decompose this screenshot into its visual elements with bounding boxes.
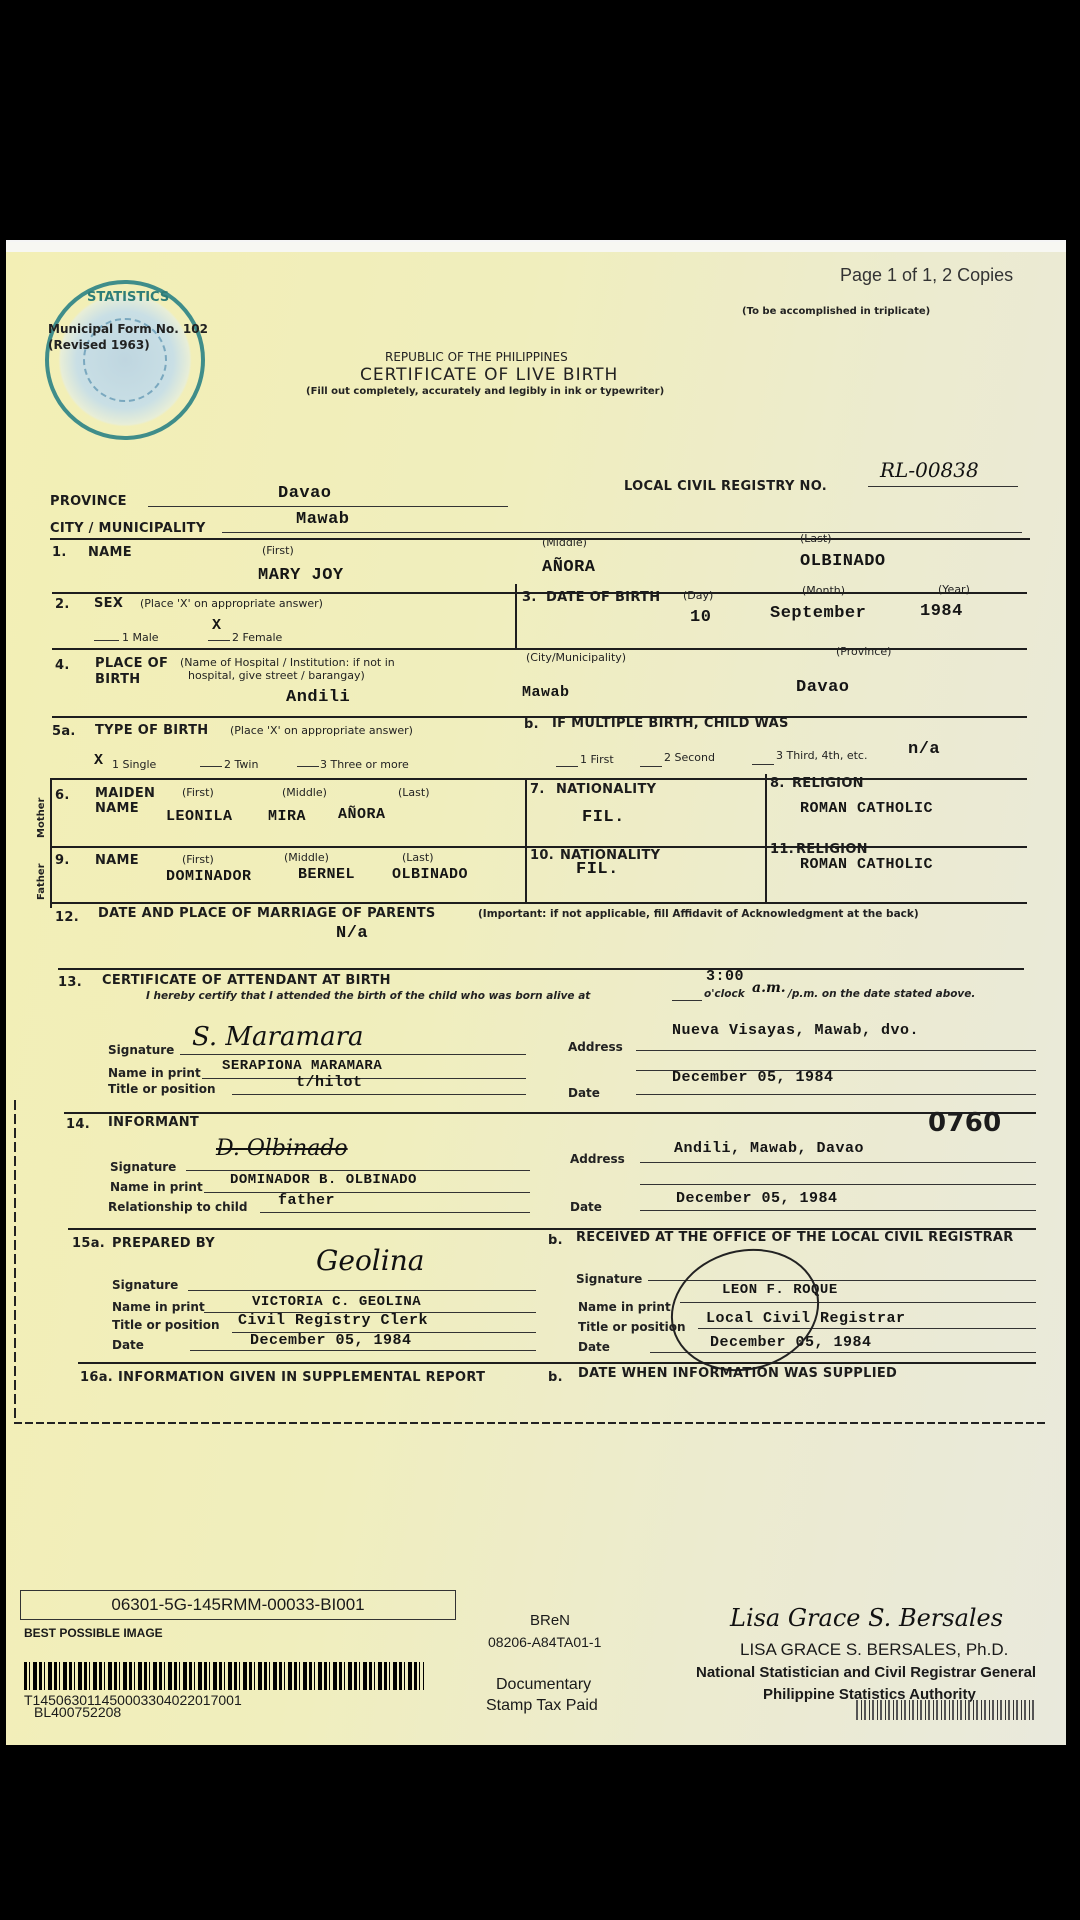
attendant-label: CERTIFICATE OF ATTENDANT AT BIRTH: [102, 973, 391, 988]
mother-nationality: FIL.: [582, 808, 625, 827]
mother-middle-name: MIRA: [268, 808, 306, 825]
pob-city-label: (City/Municipality): [526, 651, 626, 664]
city-label: CITY / MUNICIPALITY: [50, 521, 206, 536]
three-blank[interactable]: [297, 766, 319, 767]
bren-number: 08206-A84TA01-1: [488, 1634, 601, 1650]
bren-label: BReN: [530, 1612, 570, 1629]
attendant-date: December 05, 1984: [672, 1069, 834, 1086]
lcr-number: RL-00838: [880, 458, 979, 482]
attendant-name: SERAPIONA MARAMARA: [222, 1058, 382, 1074]
psa-seal-icon: STATISTICS: [45, 280, 205, 440]
mother-first-label: (First): [182, 786, 214, 799]
time-blank: [672, 1000, 702, 1001]
supplemental-label: INFORMATION GIVEN IN SUPPLEMENTAL REPORT: [118, 1370, 485, 1385]
sex-female-mark: X: [212, 617, 222, 634]
supplemental-date-label: DATE WHEN INFORMATION WAS SUPPLIED: [578, 1366, 897, 1381]
received-date-label: Date: [578, 1340, 610, 1354]
father-middle-label: (Middle): [284, 851, 329, 864]
multiple-third-blank[interactable]: [752, 764, 774, 765]
informant-name-label: Name in print: [110, 1180, 203, 1194]
column-divider: [525, 778, 527, 902]
pob-place: Andili: [286, 688, 350, 707]
left-border: [14, 1100, 16, 1422]
multiple-label: IF MULTIPLE BIRTH, CHILD WAS: [552, 716, 789, 731]
prepared-number: 15a.: [72, 1236, 105, 1251]
informant-date-label: Date: [570, 1200, 602, 1214]
province-underline: [148, 506, 508, 507]
page-info: Page 1 of 1, 2 Copies: [840, 265, 1013, 286]
attendant-name-label: Name in print: [108, 1066, 201, 1080]
type-instructions: (Place 'X' on appropriate answer): [230, 724, 413, 737]
type-twin: 2 Twin: [224, 758, 258, 771]
ampm-mark: a.m.: [752, 980, 786, 996]
multiple-first: 1 First: [580, 753, 614, 766]
prepared-date-label: Date: [112, 1338, 144, 1352]
name-label: NAME: [88, 545, 132, 560]
province-value: Davao: [278, 484, 332, 503]
mother-religion-label: RELIGION: [792, 776, 864, 791]
middle-name-label: (Middle): [542, 536, 587, 549]
divider: [52, 902, 1027, 904]
father-label: NAME: [95, 853, 139, 868]
attendant-number: 13.: [58, 975, 82, 990]
mother-religion-number: 8.: [770, 776, 785, 791]
sex-option-female: 2 Female: [232, 631, 282, 644]
mother-label-1: MAIDEN: [95, 786, 155, 801]
marriage-instructions: (Important: if not applicable, fill Affi…: [478, 908, 919, 920]
father-last-name: OLBINADO: [392, 866, 468, 883]
signatory-title: National Statistician and Civil Registra…: [696, 1664, 1036, 1681]
multiple-second-blank[interactable]: [640, 766, 662, 767]
type-single: 1 Single: [112, 758, 156, 771]
attendant-title-line: [232, 1094, 526, 1095]
control-number-box: 06301-5G-145RMM-00033-BI001: [20, 1590, 456, 1620]
informant-relationship-line: [260, 1212, 530, 1213]
day-label: (Day): [683, 589, 713, 602]
multiple-first-blank[interactable]: [556, 766, 578, 767]
attendant-address-label: Address: [568, 1040, 623, 1054]
father-religion: ROMAN CATHOLIC: [800, 856, 933, 873]
divider: [52, 778, 1027, 780]
father-nationality: FIL.: [576, 860, 619, 879]
divider: [58, 968, 1024, 970]
multiple-third: 3 Third, 4th, etc.: [776, 749, 867, 762]
father-side-label: Father: [36, 863, 47, 900]
father-last-label: (Last): [402, 851, 434, 864]
received-title-label: Title or position: [578, 1320, 686, 1334]
received-label: RECEIVED AT THE OFFICE OF THE LOCAL CIVI…: [576, 1230, 1014, 1245]
triplicate-note: (To be accomplished in triplicate): [742, 306, 930, 317]
form-number: Municipal Form No. 102: [48, 322, 208, 336]
prepared-signature-label: Signature: [112, 1278, 178, 1292]
attendant-title-label: Title or position: [108, 1082, 216, 1096]
attendant-certify-text: I hereby certify that I attended the bir…: [146, 990, 590, 1002]
attendant-address-line: [636, 1050, 1036, 1051]
name-number: 1.: [52, 545, 67, 560]
pob-label-1: PLACE OF: [95, 656, 168, 671]
column-divider: [765, 774, 767, 904]
informant-ref-number: 0760: [928, 1108, 1002, 1138]
signatory-signature: Lisa Grace S. Bersales: [730, 1604, 1003, 1632]
sex-option-male: 1 Male: [122, 631, 159, 644]
month-label: (Month): [802, 584, 845, 597]
informant-address-label: Address: [570, 1152, 625, 1166]
type-number: 5a.: [52, 724, 76, 739]
received-name-label: Name in print: [578, 1300, 671, 1314]
type-three: 3 Three or more: [320, 758, 409, 771]
informant-signature-line[interactable]: [186, 1170, 530, 1171]
informant-relationship-label: Relationship to child: [108, 1200, 247, 1214]
pob-instructions-1: (Name of Hospital / Institution: if not …: [180, 656, 395, 669]
type-single-mark: X: [94, 752, 104, 769]
pob-number: 4.: [55, 658, 70, 673]
prepared-name-label: Name in print: [112, 1300, 205, 1314]
informant-address-line-2: [640, 1184, 1036, 1185]
informant-signature-label: Signature: [110, 1160, 176, 1174]
mother-number: 6.: [55, 788, 70, 803]
dob-day: 10: [690, 608, 711, 627]
form-revised: (Revised 1963): [48, 338, 150, 352]
barcode-icon: [24, 1662, 424, 1690]
mother-first-name: LEONILA: [166, 808, 233, 825]
type-label: TYPE OF BIRTH: [95, 723, 209, 738]
oclock-text: o'clock: [704, 988, 745, 1000]
supplemental-number: 16a.: [80, 1370, 113, 1385]
informant-name: DOMINADOR B. OLBINADO: [230, 1172, 417, 1188]
attendant-address: Nueva Visayas, Mawab, dvo.: [672, 1022, 919, 1039]
multiple-value: n/a: [908, 740, 940, 759]
male-blank[interactable]: [94, 640, 119, 641]
sex-label: SEX: [94, 596, 123, 611]
bottom-border: [14, 1422, 1048, 1424]
attendant-signature: S. Maramara: [192, 1022, 364, 1052]
twin-blank[interactable]: [200, 766, 222, 767]
barcode-subtext: BL400752208: [34, 1704, 121, 1720]
pob-instructions-2: hospital, give street / barangay): [188, 669, 365, 682]
mother-nationality-label: NATIONALITY: [556, 782, 656, 797]
year-label: (Year): [938, 583, 970, 596]
father-nationality-number: 10.: [530, 848, 554, 863]
documentary-stamp-1: Documentary: [496, 1676, 591, 1694]
marriage-value: N/a: [336, 924, 368, 943]
lcr-label: LOCAL CIVIL REGISTRY NO.: [624, 479, 827, 494]
pob-province: Davao: [796, 678, 850, 697]
informant-signature: D. Olbinado: [216, 1136, 348, 1161]
dob-month: September: [770, 604, 866, 623]
multiple-number: b.: [524, 717, 539, 732]
father-religion-number: 11.: [770, 842, 794, 857]
dob-number: 3.: [522, 590, 537, 605]
attendant-signature-line[interactable]: [180, 1054, 526, 1055]
child-middle-name: AÑORA: [542, 558, 596, 577]
informant-label: INFORMANT: [108, 1115, 199, 1130]
father-first-name: DOMINADOR: [166, 868, 252, 885]
informant-name-line: [204, 1192, 530, 1193]
documentary-stamp-2: Stamp Tax Paid: [486, 1697, 598, 1715]
mother-religion: ROMAN CATHOLIC: [800, 800, 933, 817]
province-label: PROVINCE: [50, 494, 127, 509]
certify-end-text: /p.m. on the date stated above.: [788, 988, 975, 1000]
city-value: Mawab: [296, 510, 350, 529]
father-first-label: (First): [182, 853, 214, 866]
parent-block-border: [50, 778, 52, 908]
divider: [64, 1112, 1036, 1114]
attendant-title: t/hilot: [296, 1074, 363, 1091]
birth-time: 3:00: [706, 968, 744, 985]
divider: [52, 716, 1027, 718]
informant-address: Andili, Mawab, Davao: [674, 1140, 864, 1157]
informant-relationship: father: [278, 1192, 335, 1209]
divider: [78, 1362, 1036, 1364]
child-last-name: OLBINADO: [800, 552, 886, 571]
mother-last-label: (Last): [398, 786, 430, 799]
attendant-signature-label: Signature: [108, 1043, 174, 1057]
sex-number: 2.: [55, 597, 70, 612]
prepared-signature: Geolina: [316, 1244, 424, 1277]
supplemental-date-number: b.: [548, 1370, 563, 1385]
instructions: (Fill out completely, accurately and leg…: [306, 386, 664, 397]
pob-label-2: BIRTH: [95, 672, 140, 687]
multiple-second: 2 Second: [664, 751, 715, 764]
prepared-title-label: Title or position: [112, 1318, 220, 1332]
mother-middle-label: (Middle): [282, 786, 327, 799]
last-name-label: (Last): [800, 532, 832, 545]
paper-edge: [6, 242, 1066, 252]
received-signature-label: Signature: [576, 1272, 642, 1286]
attendant-name-line: [202, 1078, 526, 1079]
father-middle-name: BERNEL: [298, 866, 355, 883]
prepared-signature-line[interactable]: [188, 1290, 536, 1291]
prepared-label: PREPARED BY: [112, 1236, 215, 1251]
informant-date: December 05, 1984: [676, 1190, 838, 1207]
seal-text: STATISTICS: [87, 290, 169, 305]
mother-last-name: AÑORA: [338, 806, 386, 823]
dob-year: 1984: [920, 602, 963, 621]
divider: [52, 592, 1027, 594]
father-religion-label: RELIGION: [796, 842, 868, 857]
mother-side-label: Mother: [36, 798, 47, 838]
informant-number: 14.: [66, 1117, 90, 1132]
received-number: b.: [548, 1233, 563, 1248]
lcr-underline: [868, 486, 1018, 487]
marriage-label: DATE AND PLACE OF MARRIAGE OF PARENTS: [98, 906, 436, 921]
prepared-name: VICTORIA C. GEOLINA: [252, 1294, 421, 1310]
female-blank[interactable]: [208, 640, 230, 641]
attendant-date-label: Date: [568, 1086, 600, 1100]
signatory-name: LISA GRACE S. BERSALES, Ph.D.: [740, 1640, 1008, 1660]
column-divider: [515, 584, 517, 648]
small-barcode-icon: [856, 1700, 1036, 1720]
document-title: CERTIFICATE OF LIVE BIRTH: [360, 365, 618, 385]
best-possible-image: BEST POSSIBLE IMAGE: [24, 1626, 163, 1640]
pob-city: Mawab: [522, 684, 570, 701]
sex-instructions: (Place 'X' on appropriate answer): [140, 597, 323, 610]
city-underline: [222, 532, 1022, 533]
pob-province-label: (Province): [836, 645, 891, 658]
prepared-title: Civil Registry Clerk: [238, 1312, 428, 1329]
informant-date-line: [640, 1210, 1036, 1211]
republic-heading: REPUBLIC OF THE PHILIPPINES: [385, 350, 568, 364]
prepared-date: December 05, 1984: [250, 1332, 412, 1349]
mother-label-2: NAME: [95, 801, 139, 816]
mother-nationality-number: 7.: [530, 782, 545, 797]
divider: [50, 538, 1030, 540]
marriage-number: 12.: [55, 910, 79, 925]
attendant-date-line: [636, 1094, 1036, 1095]
first-name-label: (First): [262, 544, 294, 557]
child-first-name: MARY JOY: [258, 566, 344, 585]
prepared-date-line: [190, 1350, 536, 1351]
father-number: 9.: [55, 853, 70, 868]
informant-address-line: [640, 1162, 1036, 1163]
dob-label: DATE OF BIRTH: [546, 590, 660, 605]
